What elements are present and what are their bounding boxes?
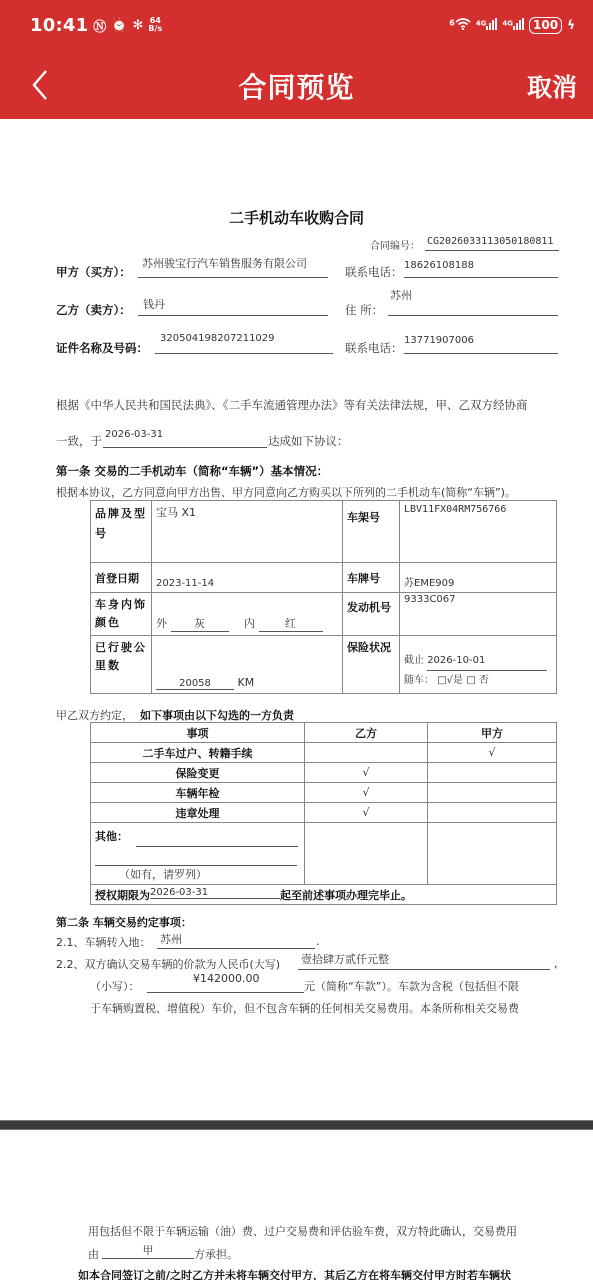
table-row: 违章处理 √ [91,803,557,823]
article-1-text: 根据本协议，乙方同意向甲方出售、甲方同意向乙方购买以下所列的二手机动车(简称“车… [56,484,516,500]
brand-value: 宝马 X1 [152,501,343,563]
page-divider [0,1120,593,1130]
row-item: 违章处理 [91,803,305,823]
party-b-address-label: 住 所： [345,302,383,318]
id-label: 证件名称及号码： [56,340,148,356]
page-title: 合同预览 [0,66,593,106]
battery-indicator: 100 [529,17,562,34]
auth-suffix: 起至前述事项办理完毕止。 [280,889,412,902]
page2-line-1: 用包括但不限于车辆运输（油）费、过户交易费和评估验车费，双方特此确认，交易费用 [88,1223,517,1239]
underline [157,948,315,949]
row-party-b-check[interactable] [305,743,428,763]
row-party-a-check[interactable] [428,763,557,783]
auth-date: 2026-03-31 [150,887,280,899]
header-item: 事项 [91,723,305,743]
row-party-b-check[interactable]: √ [305,763,428,783]
contract-page-2: 用包括但不限于车辆运输（油）费、过户交易费和评估验车费，双方特此确认，交易费用 … [0,1130,593,1280]
insurance-value: 截止 2026-10-01 随车： □√是 □ 否 [400,636,557,694]
a22-lower-amount: ¥142000.00 [193,972,259,985]
reg-date-value: 2023-11-14 [152,563,343,593]
nav-row: 合同预览 取消 [0,62,593,108]
a22-upper-amount: 壹拾肆万贰仟元整 [301,951,389,967]
party-a-phone: 18626108188 [404,260,474,271]
auth-period-row: 授权期限为2026-03-31起至前述事项办理完毕止。 [91,885,557,905]
id-number: 320504198207211029 [160,333,275,344]
mileage-label: 已行驶公里数 [91,636,152,694]
table-row: 保险变更 √ [91,763,557,783]
agreement-prefix: 甲乙双方约定， [56,707,133,723]
row-item: 二手车过户、转籍手续 [91,743,305,763]
row-party-b-check[interactable]: √ [305,783,428,803]
auth-prefix: 授权期限为 [95,889,150,902]
row-party-a-check[interactable] [428,803,557,823]
party-b-phone: 13771907006 [404,335,474,346]
engine-value: 9333C067 [400,593,557,636]
party-b-name: 钱丹 [143,296,165,312]
a22-lower-label: （小写）： [90,978,140,994]
contract-page: 二手机动车收购合同 合同编号： CG2026033113050180811 甲方… [0,119,593,1120]
underline [298,969,550,970]
party-b-phone-label: 联系电话： [345,340,403,356]
engine-label: 发动机号 [343,593,400,636]
header-party-b: 乙方 [305,723,428,743]
cancel-button[interactable]: 取消 [527,68,577,104]
a22-line-3: 于车辆购置税、增值税）车价，但不包含车辆的任何相关交易费用。本条所称相关交易费 [90,1000,519,1016]
row-party-b-check[interactable]: √ [305,803,428,823]
signal-sim1-icon: 4G [476,18,498,33]
sim2-label: 4G [502,19,513,27]
party-a-phone-label: 联系电话： [345,264,403,280]
color-value: 外 灰 内 红 [152,593,343,636]
other-label: 其他： [95,830,128,843]
underline [155,353,333,354]
charging-icon: ϟ [567,18,575,32]
underline [388,315,558,316]
sim1-label: 4G [476,19,487,27]
with-car-yes-checkbox[interactable]: □√是 [437,675,463,686]
contract-number: CG2026033113050180811 [427,236,553,247]
other-hint: （如有，请罗列） [95,866,300,884]
fee-suffix: 方承担。 [194,1246,238,1262]
status-bar: 10:41 Ⓝ ⏰ ✻ 64 B/s 6 4G 4G 100 ϟ [30,10,575,40]
plate-value: 苏EME909 [400,563,557,593]
underline [103,447,267,448]
with-car-no-checkbox[interactable]: □ 否 [466,675,489,686]
brand-label: 品牌及型号 [91,501,152,563]
bluetooth-icon: ✻ [133,18,144,33]
a21-label: 2.1、车辆转入地： [56,934,151,950]
party-a-label: 甲方（买方）： [56,264,131,280]
insurance-label: 保险状况 [343,636,400,694]
nfc-icon: Ⓝ [93,16,106,35]
contract-title: 二手机动车收购合同 [0,207,593,228]
underline [404,353,558,354]
interior-label: 内 [244,617,255,630]
intro-date: 2026-03-31 [105,429,163,440]
party-b-address: 苏州 [390,287,412,303]
exterior-label: 外 [156,617,167,630]
underline [147,992,304,993]
a22-label: 2.2、双方确认交易车辆的价款为人民币(大写) [56,956,280,972]
period: . [316,934,320,948]
table-row: 二手车过户、转籍手续 √ [91,743,557,763]
comma: , [554,956,558,970]
a22-after: 元（简称“车款”）。车款为含税（包括但不限 [304,978,519,994]
header-party-a: 甲方 [428,723,557,743]
vehicle-info-table: 品牌及型号 宝马 X1 车架号 LBV11FX04RM756766 首登日期 2… [90,500,557,694]
intro-line-1: 根据《中华人民共和国民法典》、《二手车流通管理办法》等有关法律法规，甲、乙双方经… [56,397,528,413]
vin-label: 车架号 [343,501,400,563]
a21-value: 苏州 [160,931,182,947]
table-row: 车辆年检 √ [91,783,557,803]
row-item: 保险变更 [91,763,305,783]
mileage-number: 20058 [156,678,234,690]
fee-prefix: 由 [88,1246,99,1262]
intro-prefix: 一致，于 [56,433,102,449]
row-party-a-check[interactable] [428,783,557,803]
clock: 10:41 [30,15,88,36]
vin-value: LBV11FX04RM756766 [400,501,557,563]
plate-label: 车牌号 [343,563,400,593]
reg-date-label: 首登日期 [91,563,152,593]
party-a-name: 苏州骏宝行汽车销售服务有限公司 [142,255,307,271]
insurance-until-label: 截止 [404,655,424,666]
signal-sim2-icon: 4G [502,18,524,33]
other-cell: 其他： （如有，请罗列） [91,823,305,885]
page2-bold-clause: 如本合同签订之前/之时乙方并未将车辆交付甲方，其后乙方在将车辆交付甲方时若车辆状 [78,1267,511,1280]
other-input-line-1[interactable] [136,828,298,847]
exterior-value: 灰 [171,615,229,632]
mileage-value: 20058 KM [152,636,343,694]
row-item: 车辆年检 [91,783,305,803]
app-header: 10:41 Ⓝ ⏰ ✻ 64 B/s 6 4G 4G 100 ϟ 合同预览 取消 [0,0,593,119]
network-speed: 64 B/s [148,17,162,33]
party-b-label: 乙方（卖方）： [56,302,131,318]
underline [138,277,328,278]
underline [425,250,559,251]
responsibility-table: 事项 乙方 甲方 二手车过户、转籍手续 √ 保险变更 √ 车辆年检 √ 违章处理… [90,722,557,905]
mileage-unit: KM [238,676,255,689]
other-party-a[interactable] [428,823,557,885]
speed-unit: B/s [148,24,162,33]
other-row: 其他： （如有，请罗列） [91,823,557,885]
intro-suffix: 达成如下协议： [268,433,349,449]
contract-number-label: 合同编号： [370,237,420,252]
wifi-icon: 6 [449,18,471,33]
fee-party: 甲 [102,1242,194,1259]
other-party-b[interactable] [305,823,428,885]
underline [138,315,328,316]
alarm-icon: ⏰ [111,18,127,33]
article-2-title: 第二条 车辆交易约定事项： [56,914,192,930]
agreement-bold: 如下事项由以下勾选的一方负责 [140,707,294,723]
row-party-a-check[interactable]: √ [428,743,557,763]
interior-value: 红 [259,615,323,632]
insurance-until-date: 2026-10-01 [427,651,547,671]
underline [404,277,558,278]
color-label: 车身内饰颜色 [91,593,152,636]
with-car-label: 随车： [404,675,434,686]
article-1-title: 第一条 交易的二手机动车（简称“车辆”）基本情况： [56,463,328,479]
